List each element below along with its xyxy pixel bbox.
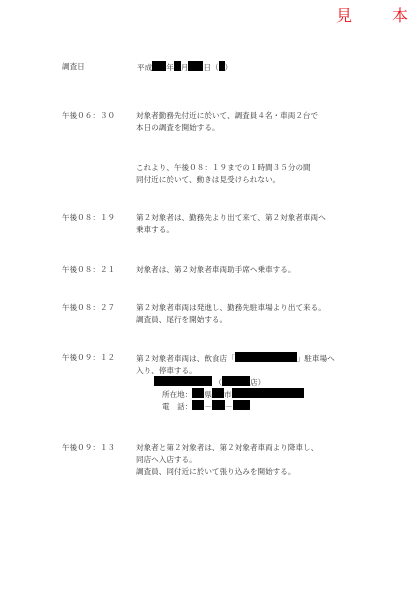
day-suffix: 日 — [203, 63, 211, 72]
weekday-close: ） — [225, 63, 233, 72]
entry-line: 対象者と第２対象者は、第２対象者車両より降車し、 — [136, 442, 406, 454]
entry-line: 乗車する。 — [136, 224, 406, 236]
entry-time: 午後０８：１９ — [62, 212, 115, 224]
entry-time: 午後０８：２１ — [62, 264, 115, 276]
entry-body: 対象者勤務先付近に於いて、調査員４名・車両２台で 本日の調査を開始する。 — [136, 110, 406, 134]
entry-body: 第２対象者車両は、飲食店「」駐車場へ 入り、停車する。 — [136, 352, 406, 377]
redacted-phone-area — [192, 400, 204, 410]
stamp-char-2: 本 — [392, 10, 408, 22]
entry-line: 調査員、同付近に於いて張り込みを開始する。 — [136, 466, 406, 478]
redacted-branch — [222, 376, 250, 386]
era-text: 平成 — [137, 63, 152, 72]
entry-note-line: 同付近に於いて、動きは見受けられない。 — [136, 174, 406, 186]
entry-body: 第２対象者車両は発進し、勤務先駐車場より出て来る。 調査員、尾行を開始する。 — [136, 302, 406, 326]
entry-time: 午後０８：２７ — [62, 302, 115, 314]
entry-line: 対象者は、第２対象者車両助手席へ乗車する。 — [136, 264, 406, 276]
entry-line: 第２対象者車両は発進し、勤務先駐車場より出て来る。 — [136, 302, 406, 314]
redacted-street — [232, 388, 304, 398]
year-suffix: 年 — [166, 63, 174, 72]
entry-body: 第２対象者は、勤務先より出て来て、第２対象者車両へ 乗車する。 — [136, 212, 406, 236]
redacted-year — [152, 61, 166, 71]
entry-line: 第２対象者は、勤務先より出て来て、第２対象者車両へ — [136, 212, 406, 224]
stamp-char-1: 見 — [336, 10, 352, 22]
store-phone-line: 電 話：－－ — [162, 400, 250, 413]
entry-note: これより、午後０８：１９までの１時間３５分の間 同付近に於いて、動きは見受けられ… — [136, 162, 406, 186]
redacted-store-name — [154, 376, 212, 386]
survey-date-label: 調査日 — [62, 61, 85, 73]
redacted-restaurant-name — [235, 352, 297, 362]
entry-line: 第２対象者車両は、飲食店「」駐車場へ — [136, 352, 406, 365]
weekday-open: （ — [211, 63, 219, 72]
redacted-city — [212, 388, 224, 398]
entry-line: 対象者勤務先付近に於いて、調査員４名・車両２台で — [136, 110, 406, 122]
entry-line: 本日の調査を開始する。 — [136, 122, 406, 134]
month-suffix: 月 — [181, 63, 189, 72]
redacted-day — [188, 61, 203, 71]
entry-line: 同店へ入店する。 — [136, 454, 406, 466]
survey-date-value: 平成年月日（） — [137, 61, 232, 74]
redacted-month — [174, 61, 181, 71]
entry-time: 午後０６：３０ — [62, 110, 115, 122]
entry-body: 対象者は、第２対象者車両助手席へ乗車する。 — [136, 264, 406, 276]
entry-note-line: これより、午後０８：１９までの１時間３５分の間 — [136, 162, 406, 174]
entry-line: 調査員、尾行を開始する。 — [136, 314, 406, 326]
redacted-prefecture — [192, 388, 204, 398]
redacted-phone-exchange — [212, 400, 225, 410]
entry-time: 午後０９：１３ — [62, 442, 115, 454]
entry-body: 対象者と第２対象者は、第２対象者車両より降車し、 同店へ入店する。 調査員、同付… — [136, 442, 406, 478]
entry-time: 午後０９：１２ — [62, 352, 115, 364]
redacted-phone-number — [233, 400, 250, 410]
